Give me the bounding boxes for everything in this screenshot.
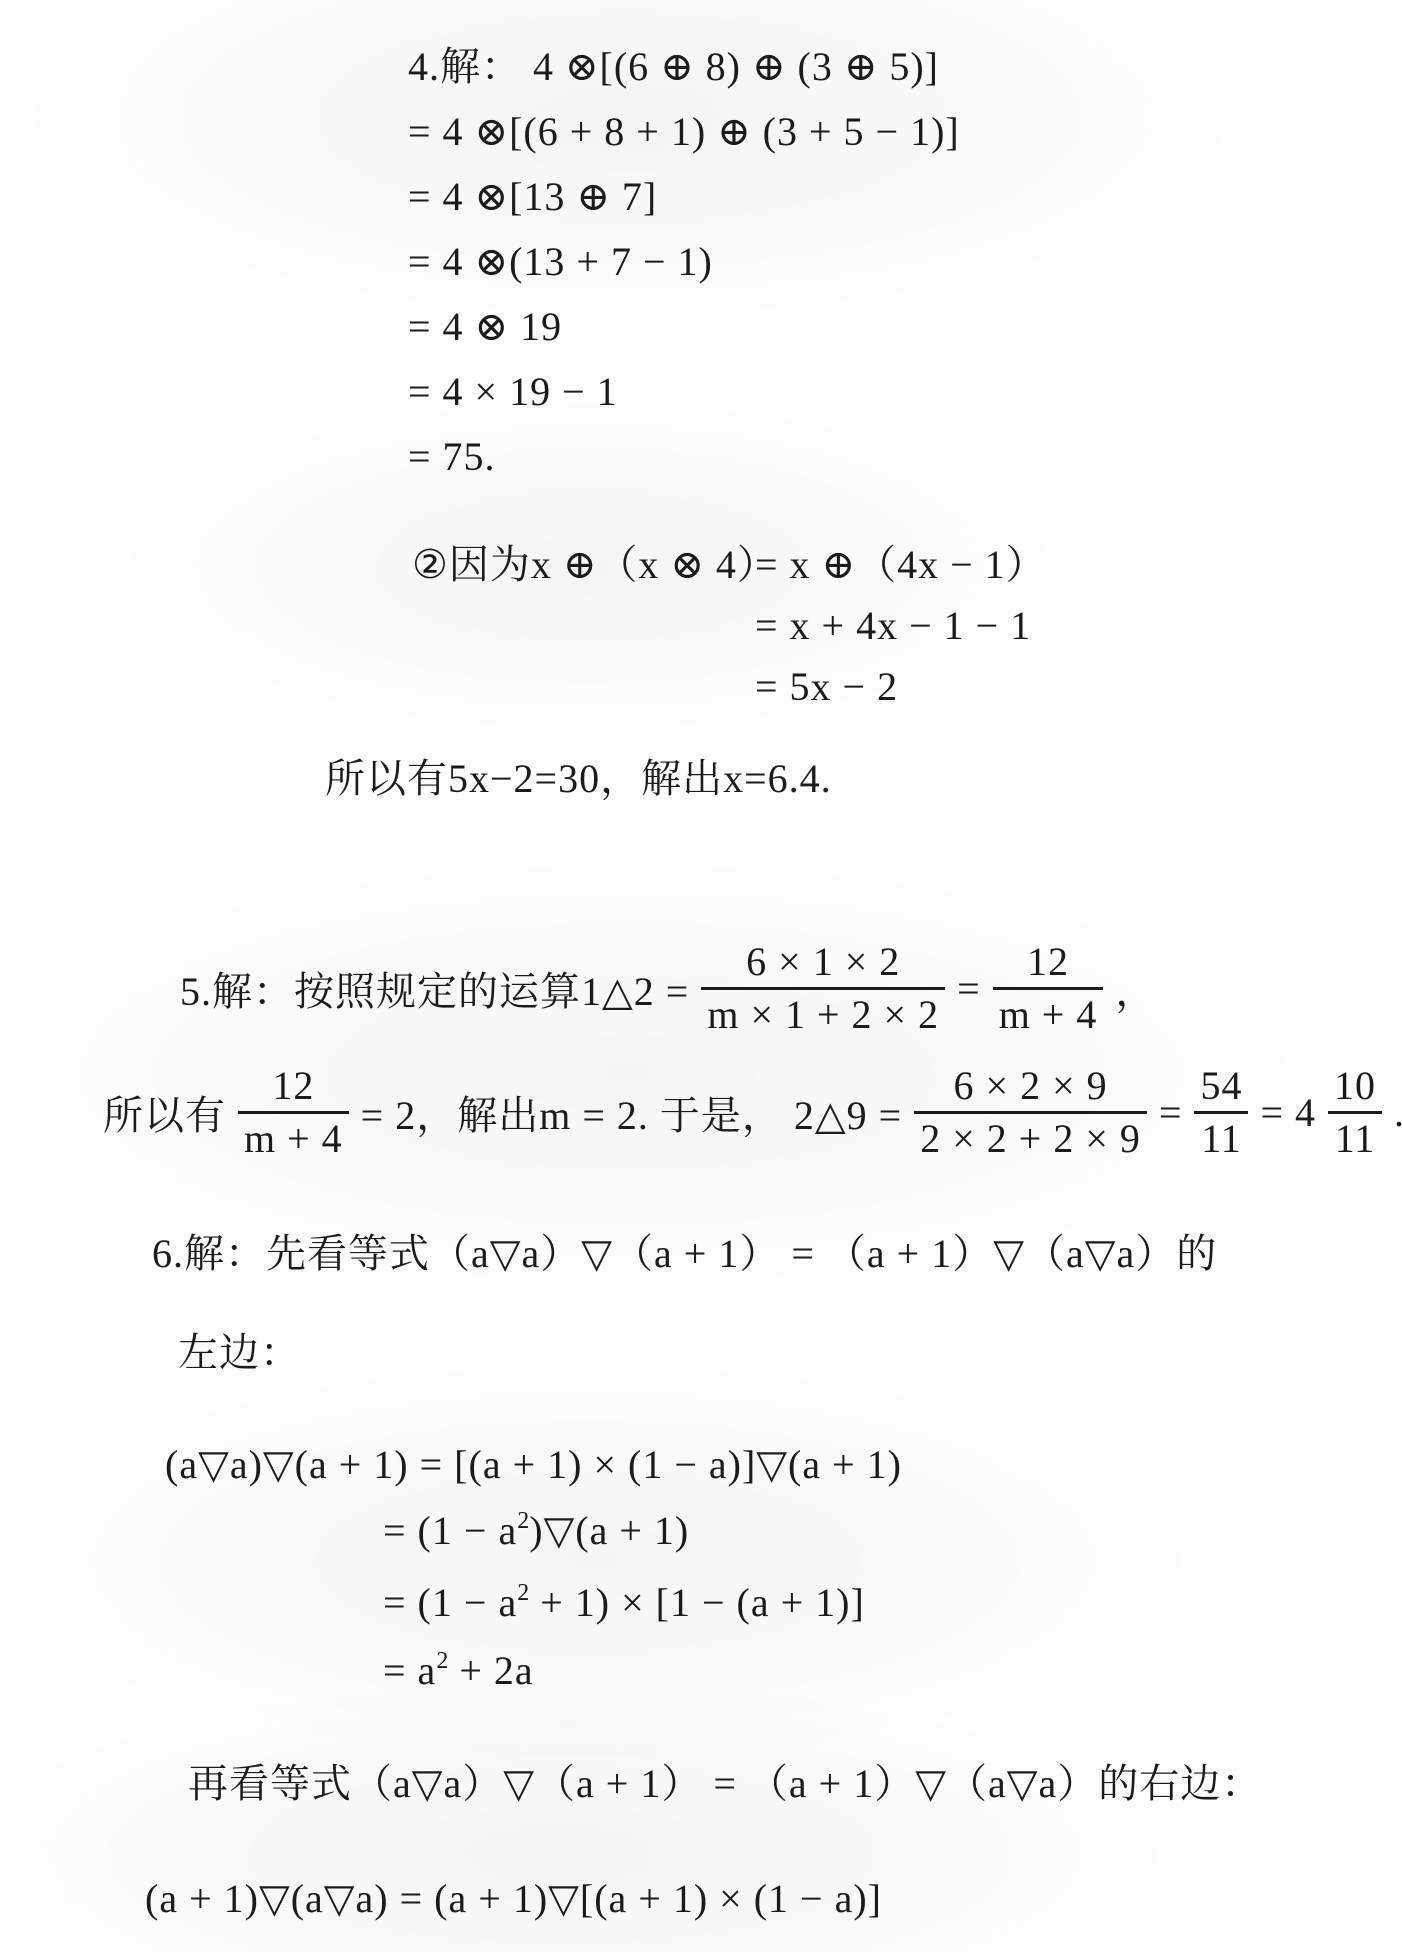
solution-4-equation-stack: 4.解： 4 ⊗[(6 ⊕ 8) ⊕ (3 ⊕ 5)] = 4 ⊗[(6 + 8… bbox=[408, 34, 960, 489]
numerator: 54 bbox=[1194, 1066, 1248, 1106]
step-c-pre: = (1 − a bbox=[383, 1580, 517, 1625]
comma: ， bbox=[1115, 960, 1156, 1017]
numerator: 12 bbox=[1021, 942, 1075, 982]
fraction-bar bbox=[993, 987, 1104, 990]
numerator: 6 × 1 × 2 bbox=[740, 942, 906, 982]
fraction: 54 11 bbox=[1194, 1066, 1248, 1159]
period: . bbox=[1394, 1089, 1402, 1136]
fraction-bar bbox=[1328, 1111, 1382, 1114]
solution-4-line-4: = 4 ⊗(13 + 7 − 1) bbox=[408, 229, 960, 294]
solution-6-step-c: = (1 − a2 + 1) × [1 − (a + 1)] bbox=[383, 1580, 865, 1626]
step-d-post: + 2a bbox=[448, 1648, 533, 1693]
fraction: 6 × 1 × 2 m × 1 + 2 × 2 bbox=[701, 942, 945, 1035]
fraction: 6 × 2 × 9 2 × 2 + 2 × 9 bbox=[914, 1066, 1147, 1159]
denominator: m + 4 bbox=[993, 995, 1104, 1035]
solution-4-line-7: = 75. bbox=[408, 424, 960, 489]
step-d-pre: = a bbox=[383, 1648, 436, 1693]
solution-6-header: 6.解：先看等式（a▽a）▽（a + 1） = （a + 1）▽（a▽a）的 bbox=[152, 1231, 1217, 1277]
solution-4-conclusion: 所以有5x−2=30，解出x=6.4. bbox=[325, 756, 832, 802]
numerator: 12 bbox=[266, 1066, 320, 1106]
solution-6-step-d: = a2 + 2a bbox=[383, 1648, 534, 1694]
part2-step-3: = 5x − 2 bbox=[755, 656, 1047, 717]
solution-4-line-1: 4.解： 4 ⊗[(6 ⊕ 8) ⊕ (3 ⊕ 5)] bbox=[408, 34, 960, 99]
solution-5-text-1: 所以有 bbox=[103, 1084, 226, 1141]
fraction: 12 m + 4 bbox=[993, 942, 1104, 1035]
solution-4-line-6: = 4 × 19 − 1 bbox=[408, 359, 960, 424]
fraction-bar bbox=[238, 1111, 349, 1114]
denominator: m × 1 + 2 × 2 bbox=[701, 995, 945, 1035]
solution-6-step-b: = (1 − a2)▽(a + 1) bbox=[383, 1508, 689, 1554]
step-c-post: + 1) × [1 − (a + 1)] bbox=[529, 1580, 865, 1625]
fraction-bar bbox=[701, 987, 945, 990]
step-b-post: )▽(a + 1) bbox=[529, 1508, 689, 1553]
solution-5-text-2: = 2，解出m = 2. 于是， 2△9 = bbox=[361, 1084, 903, 1141]
solution-4-part2-lhs: ②因为x ⊕（x ⊗ 4） bbox=[412, 534, 778, 595]
solution-6-step-a: (a▽a)▽(a + 1) = [(a + 1) × (1 − a)]▽(a +… bbox=[165, 1442, 902, 1488]
superscript-2: 2 bbox=[517, 1580, 529, 1606]
numerator: 10 bbox=[1328, 1066, 1382, 1106]
solution-5-text-3: = 4 bbox=[1260, 1089, 1316, 1136]
solution-5-line-1: 5.解：按照规定的运算1△2 = 6 × 1 × 2 m × 1 + 2 × 2… bbox=[180, 922, 1156, 1054]
solution-6-right-header: 再看等式（a▽a）▽（a + 1） = （a + 1）▽（a▽a）的右边： bbox=[188, 1761, 1262, 1807]
equals-sign: = bbox=[957, 965, 981, 1012]
superscript-2: 2 bbox=[436, 1648, 448, 1674]
part2-step-1: = x ⊕（4x − 1） bbox=[755, 534, 1047, 595]
scanned-math-solution-page: { "section4": { "lines": [ "4.解： 4 ⊗[(6 … bbox=[0, 0, 1402, 1952]
solution-4-line-2: = 4 ⊗[(6 + 8 + 1) ⊕ (3 + 5 − 1)] bbox=[408, 99, 960, 164]
step-b-pre: = (1 − a bbox=[383, 1508, 517, 1553]
superscript-2: 2 bbox=[517, 1508, 529, 1534]
numerator: 6 × 2 × 9 bbox=[948, 1066, 1114, 1106]
fraction-bar bbox=[914, 1111, 1147, 1114]
solution-4-line-3: = 4 ⊗[13 ⊕ 7] bbox=[408, 164, 960, 229]
solution-4-line-5: = 4 ⊗ 19 bbox=[408, 294, 960, 359]
fraction: 10 11 bbox=[1328, 1066, 1382, 1159]
solution-5-prefix: 5.解：按照规定的运算1△2 = bbox=[180, 960, 689, 1017]
denominator: 11 bbox=[1195, 1119, 1248, 1159]
denominator: m + 4 bbox=[238, 1119, 349, 1159]
fraction-bar bbox=[1194, 1111, 1248, 1114]
equals-sign: = bbox=[1159, 1089, 1183, 1136]
solution-5-line-2: 所以有 12 m + 4 = 2，解出m = 2. 于是， 2△9 = 6 × … bbox=[103, 1046, 1402, 1178]
part2-step-2: = x + 4x − 1 − 1 bbox=[755, 595, 1047, 656]
denominator: 11 bbox=[1329, 1119, 1382, 1159]
fraction: 12 m + 4 bbox=[238, 1066, 349, 1159]
solution-4-part2-steps: = x ⊕（4x − 1） = x + 4x − 1 − 1 = 5x − 2 bbox=[755, 534, 1047, 717]
solution-6-last-line: (a + 1)▽(a▽a) = (a + 1)▽[(a + 1) × (1 − … bbox=[145, 1876, 882, 1922]
solution-6-left-label: 左边： bbox=[178, 1330, 301, 1376]
denominator: 2 × 2 + 2 × 9 bbox=[914, 1119, 1147, 1159]
